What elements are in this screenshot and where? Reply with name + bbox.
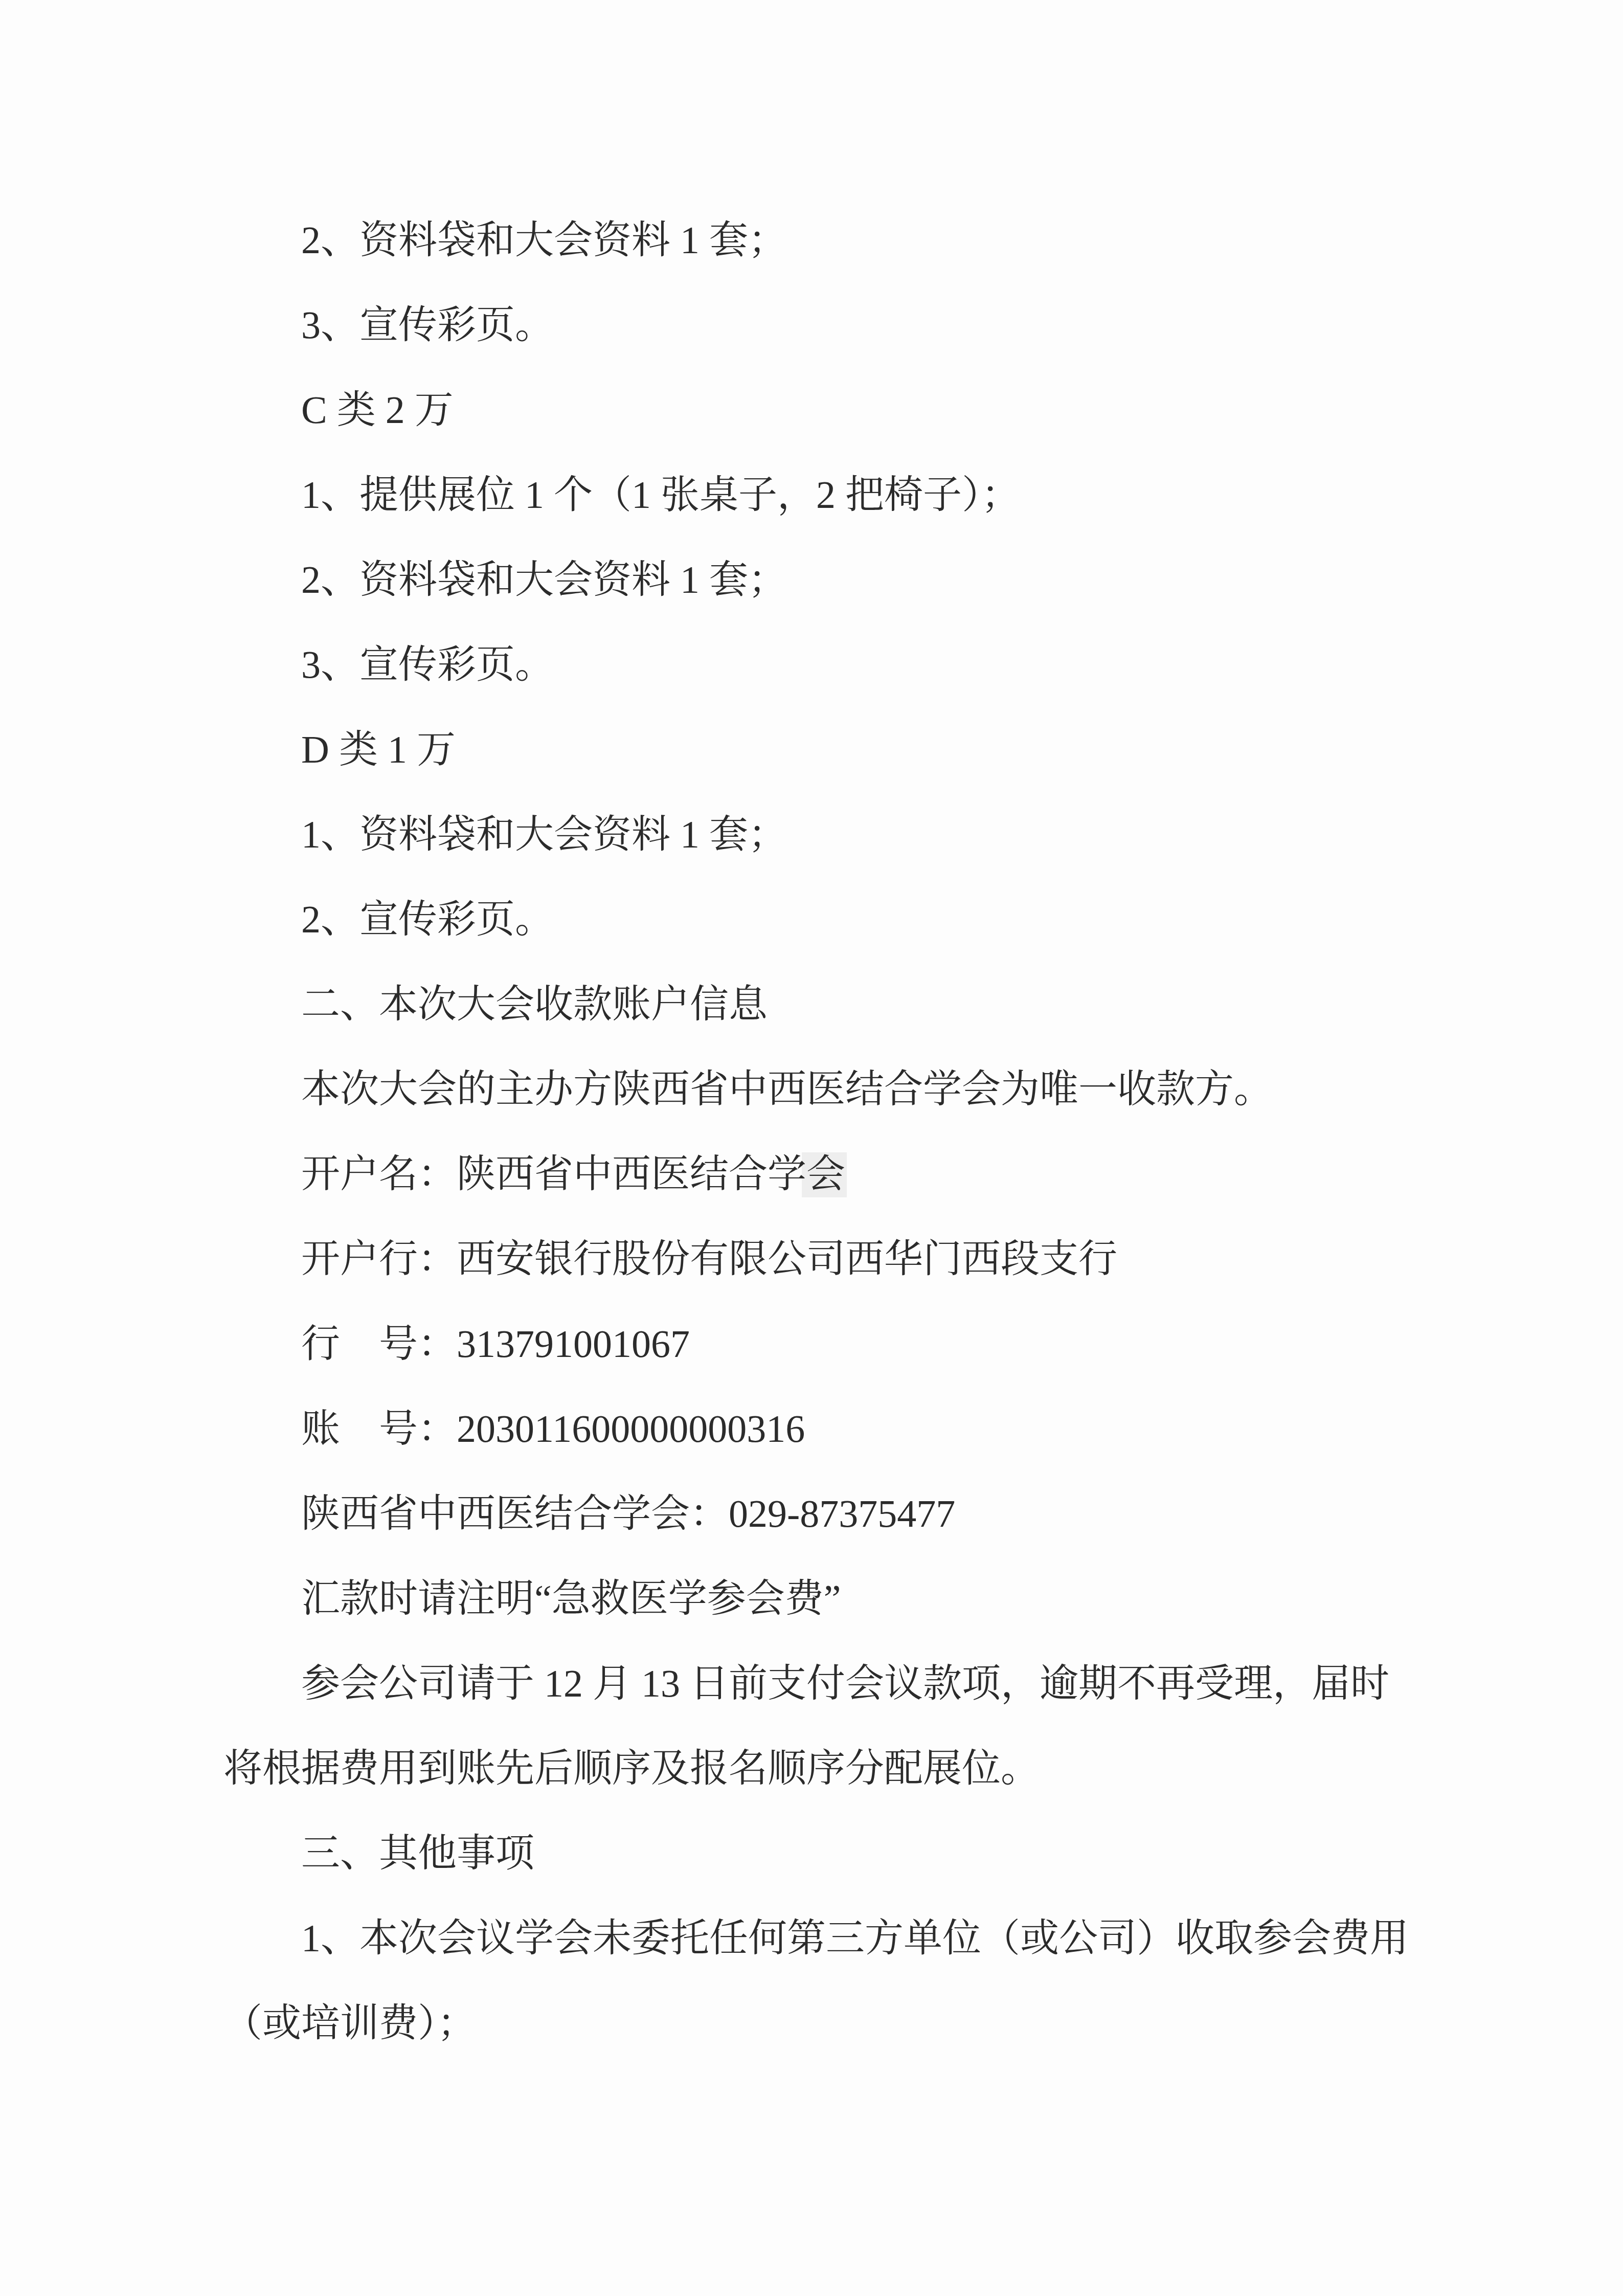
text-line: 3、宣传彩页。 bbox=[223, 283, 1415, 368]
account-holder-line: 开户名：陕西省中西医结合学会 bbox=[223, 1132, 1415, 1217]
text-line: 2、宣传彩页。 bbox=[223, 877, 1415, 962]
bank-branch-line: 开户行：西安银行股份有限公司西华门西段支行 bbox=[223, 1217, 1415, 1302]
text-line: 参会公司请于 12 月 13 日前支付会议款项，逾期不再受理，届时 bbox=[223, 1641, 1415, 1726]
text-line: D 类 1 万 bbox=[223, 707, 1415, 792]
bank-number-line: 行 号：313791001067 bbox=[223, 1302, 1415, 1387]
remit-note-line: 汇款时请注明“急救医学参会费” bbox=[223, 1556, 1415, 1641]
text-line: 3、宣传彩页。 bbox=[223, 622, 1415, 707]
text-line: 1、资料袋和大会资料 1 套； bbox=[223, 792, 1415, 877]
text-line: C 类 2 万 bbox=[223, 368, 1415, 453]
document-page: 2、资料袋和大会资料 1 套； 3、宣传彩页。 C 类 2 万 1、提供展位 1… bbox=[0, 0, 1623, 2296]
section-heading: 三、其他事项 bbox=[223, 1811, 1415, 1896]
text-line: 本次大会的主办方陕西省中西医结合学会为唯一收款方。 bbox=[223, 1047, 1415, 1132]
text-line: 1、本次会议学会未委托任何第三方单位（或公司）收取参会费用 bbox=[223, 1896, 1415, 1981]
text-line: 2、资料袋和大会资料 1 套； bbox=[223, 198, 1415, 283]
text-line: 1、提供展位 1 个（1 张桌子，2 把椅子）； bbox=[223, 453, 1415, 538]
text-line: 2、资料袋和大会资料 1 套； bbox=[223, 538, 1415, 622]
text-line: 将根据费用到账先后顺序及报名顺序分配展位。 bbox=[223, 1726, 1415, 1811]
phone-line: 陕西省中西医结合学会：029-87375477 bbox=[223, 1472, 1415, 1556]
account-number-line: 账 号：203011600000000316 bbox=[223, 1387, 1415, 1472]
document-text: 2、资料袋和大会资料 1 套； 3、宣传彩页。 C 类 2 万 1、提供展位 1… bbox=[223, 198, 1415, 2066]
section-heading: 二、本次大会收款账户信息 bbox=[223, 962, 1415, 1047]
text-line: （或培训费）； bbox=[223, 1981, 1415, 2066]
